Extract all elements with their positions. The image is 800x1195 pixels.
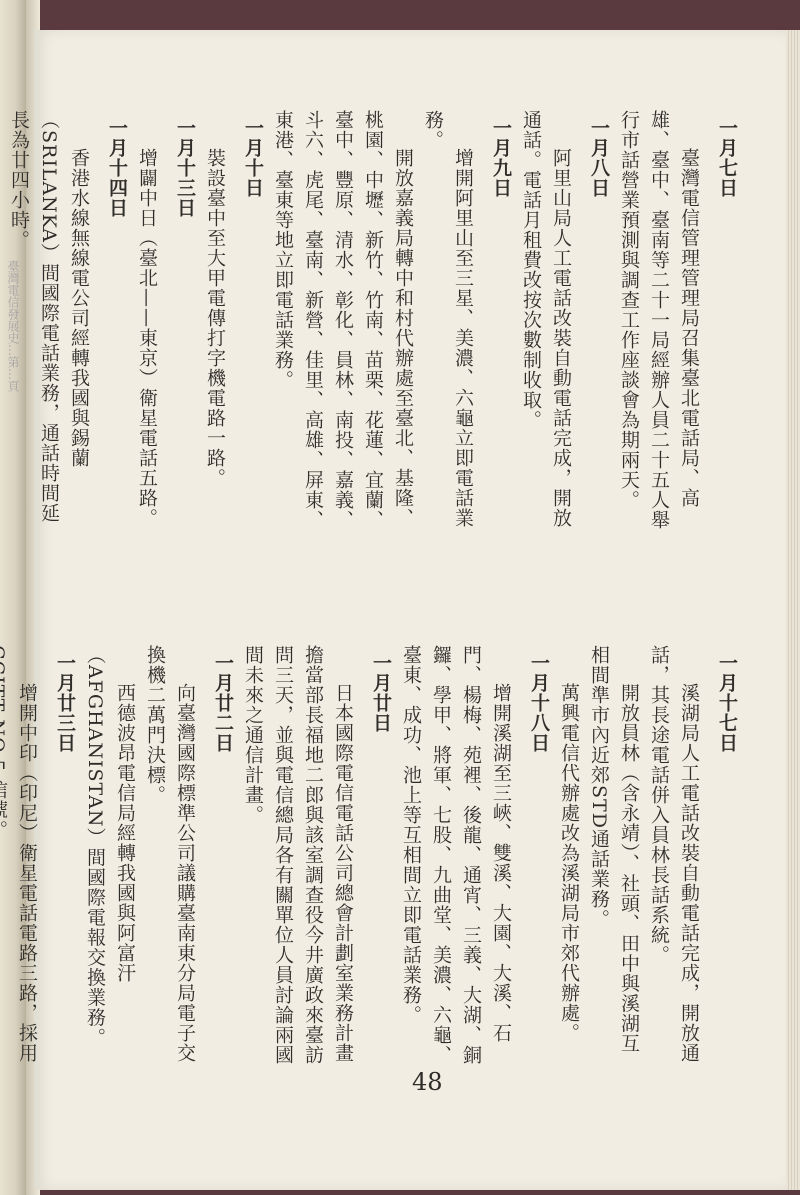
entry-paragraph: 增闢中日（臺北——東京）衛星電話五路。 — [132, 110, 162, 530]
entry-date: 一月八日 — [584, 110, 614, 530]
lower-text-block: 一月十七日 溪湖局人工電話改裝自動電話完成，開放通話，其長途電話併入員林長話系統… — [0, 645, 742, 1065]
entry-paragraph: 增開阿里山至三星、美濃、六龜立即電話業務。 — [418, 110, 478, 530]
page-number: 48 — [412, 1068, 443, 1096]
entry-paragraph: 香港水線無線電公司經轉我國與錫蘭（SRILANKA）間國際電話業務，通話時間延長… — [4, 110, 94, 530]
entry-paragraph: 開放員林（含永靖）、社頭、田中與溪湖互相間準市內近郊STD通話業務。 — [584, 645, 644, 1065]
upper-text-block: 一月七日 臺灣電信管理管理局召集臺北電話局、高雄、臺中、臺南等二十一局經辦人員二… — [0, 110, 742, 530]
entry-paragraph: 增開溪湖至三峽、雙溪、大園、大溪、石門、楊梅、苑裡、後龍、通宵、三義、大湖、銅鑼… — [396, 645, 516, 1065]
page-stack-edge — [786, 30, 800, 1190]
entry-date: 一月十四日 — [102, 110, 132, 530]
entry-date: 一月十日 — [238, 110, 268, 530]
entry-date: 一月廿日 — [366, 645, 396, 1065]
entry-date: 一月十三日 — [170, 110, 200, 530]
entry-date: 一月廿二日 — [208, 645, 238, 1065]
entry-date: 一月十八日 — [524, 645, 554, 1065]
entry-paragraph: 阿里山局人工電話改裝自動電話完成，開放通話。電話月租費改按次數制收取。 — [516, 110, 576, 530]
entry-paragraph: 開放嘉義局轉中和村代辦處至臺北、基隆、桃園、中壢、新竹、竹南、苗栗、花蓮、宜蘭、… — [268, 110, 418, 530]
entry-paragraph: 西德波昂電信局經轉我國與阿富汗（AFGHANISTAN）間國際電報交換業務。 — [80, 645, 140, 1065]
entry-paragraph: 萬興電信代辦處改為溪湖局市郊代辦處。 — [554, 645, 584, 1065]
entry-paragraph: 溪湖局人工電話改裝自動電話完成，開放通話，其長途電話併入員林長話系統。 — [644, 645, 704, 1065]
entry-date: 一月廿三日 — [50, 645, 80, 1065]
entry-date: 一月七日 — [712, 110, 742, 530]
entry-paragraph: 增開中印（印尼）衛星電話電路三路，採用 CCITT NO.5 信號。 — [0, 645, 42, 1065]
entry-paragraph: 臺灣電信管理管理局召集臺北電話局、高雄、臺中、臺南等二十一局經辦人員二十五人舉行… — [614, 110, 704, 530]
entry-paragraph: 裝設臺中至大甲電傳打字機電路一路。 — [200, 110, 230, 530]
entry-paragraph: 向臺灣國際標準公司議購臺南東分局電子交換機二萬門決標。 — [140, 645, 200, 1065]
entry-date: 一月十七日 — [712, 645, 742, 1065]
entry-date: 一月九日 — [486, 110, 516, 530]
entry-paragraph: 日本國際電信電話公司總會計劃室業務計畫擔當部長福地二郎與該室調查役今井廣政來臺訪… — [238, 645, 358, 1065]
entry-date: 一月十五日 — [0, 110, 4, 530]
